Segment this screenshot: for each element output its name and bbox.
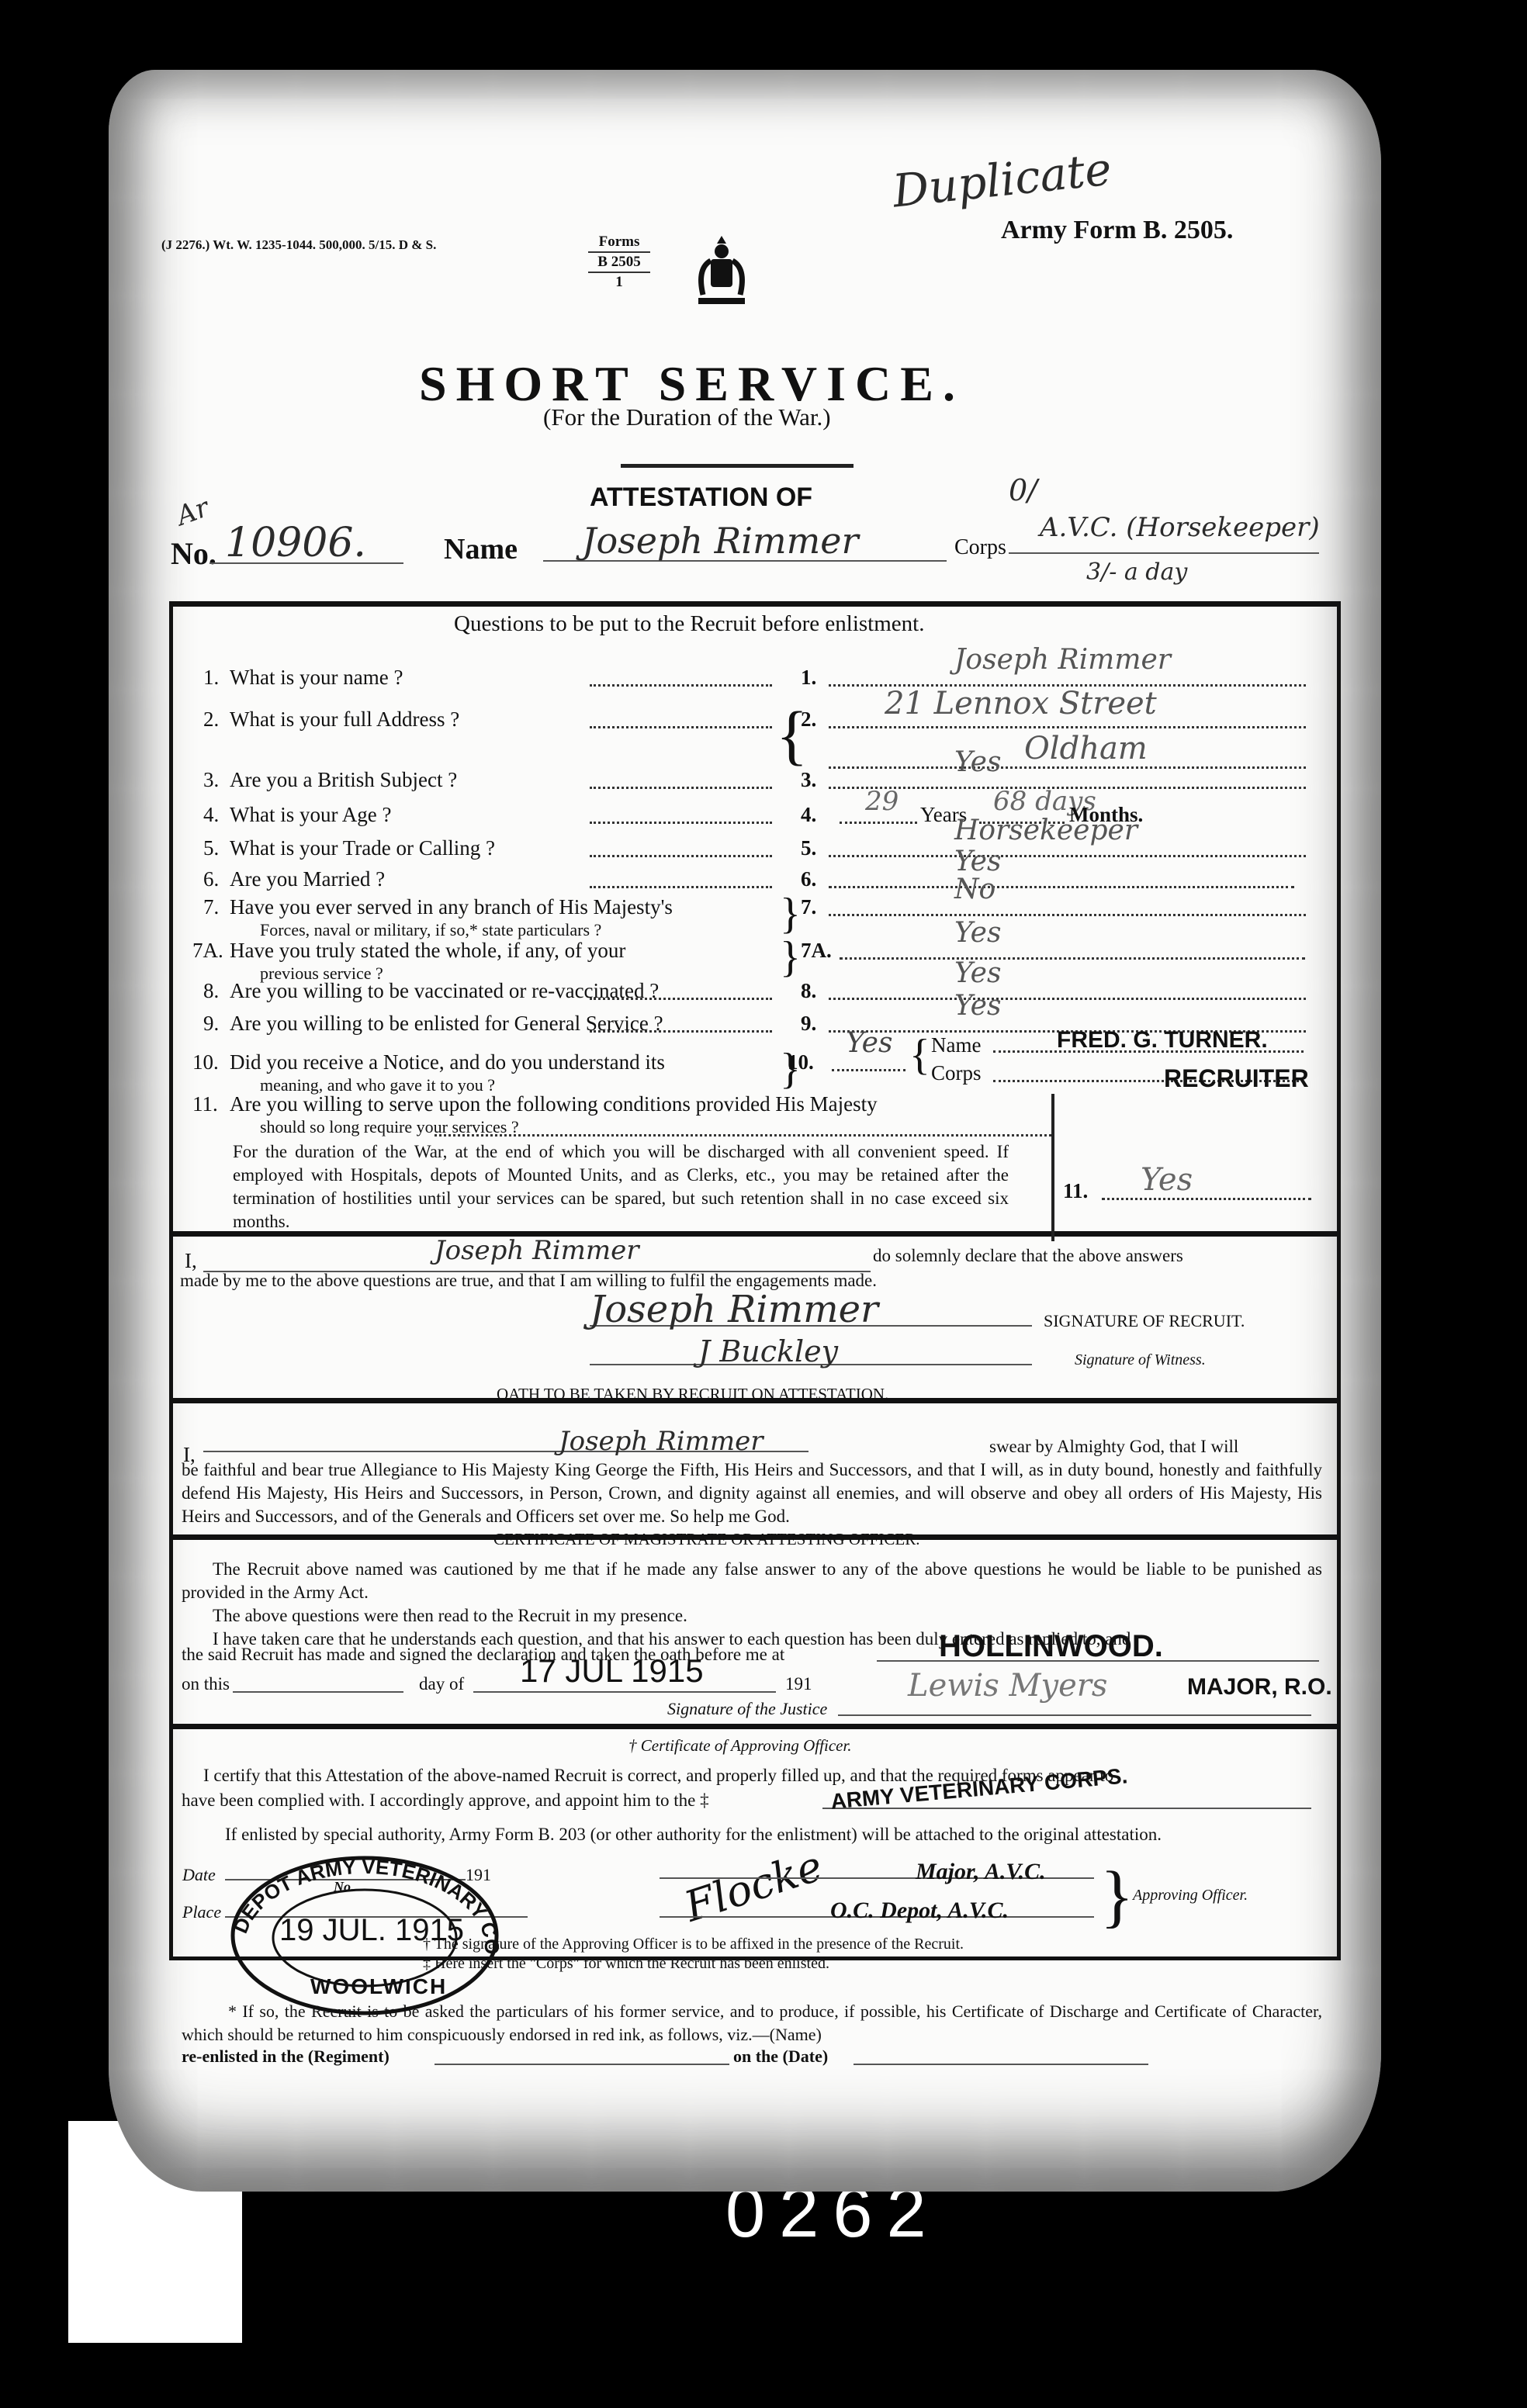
section-divider [173, 1724, 1337, 1729]
officer-rank: Major, A.V.C. [916, 1859, 1046, 1885]
corps-note-top: 0/ [1009, 473, 1037, 507]
print-reference: (J 2276.) Wt. W. 1235-1044. 500,000. 5/1… [161, 237, 436, 253]
justice-signature-line[interactable] [838, 1714, 1311, 1716]
forms-number: B 2505 [588, 253, 650, 273]
answer-number: 8. [801, 979, 816, 1003]
number-label: No. [171, 535, 216, 572]
question-text: Are you willing to serve upon the follow… [230, 1092, 878, 1116]
question-number: 4. [203, 803, 219, 827]
regiment-field[interactable] [435, 2064, 729, 2065]
oath-text-a: swear by Almighty God, that I will [989, 1437, 1238, 1457]
question-number: 3. [203, 768, 219, 792]
date-label: Date [182, 1865, 216, 1885]
attestation-date: 17 JUL 1915 [520, 1652, 704, 1690]
question-bracket: } [780, 892, 801, 936]
notice-name-label: Name [931, 1033, 981, 1057]
justice-signature: Lewis Myers [908, 1668, 1107, 1704]
question-leader-dots [590, 822, 772, 824]
question-text: Are you Married ? [230, 867, 385, 891]
question-text: Are you a British Subject ? [230, 768, 457, 792]
royal-coat-of-arms-icon [691, 233, 753, 310]
approving-bracket: } [1100, 1862, 1134, 1932]
answer-field[interactable] [829, 766, 1306, 769]
question-text: What is your full Address ? [230, 708, 459, 732]
corps-label: Corps [954, 535, 1006, 560]
question-number: 5. [203, 836, 219, 860]
oath-paragraph: be faithful and bear true Allegiance to … [182, 1458, 1322, 1528]
question-text: What is your name ? [230, 666, 403, 690]
question-subtext: Forces, naval or military, if so,* state… [260, 920, 601, 940]
stamp-number-label: No. [334, 1879, 355, 1895]
answer-bracket: { [909, 1033, 930, 1077]
approving-p3: If enlisted by special authority, Army F… [225, 1825, 1162, 1845]
oath-heading: OATH TO BE TAKEN BY RECRUIT ON ATTESTATI… [497, 1385, 888, 1404]
answer-number: 4. [801, 803, 816, 827]
question-number: 7A. [192, 939, 223, 963]
question-bracket: } [780, 936, 801, 979]
answer-value-line-2: Oldham [1024, 731, 1148, 766]
question-leader-dots [435, 1134, 1051, 1137]
answer-number: 7A. [801, 939, 832, 963]
questions-heading: Questions to be put to the Recruit befor… [454, 611, 924, 637]
justice-rank: MAJOR, R.O. [1187, 1674, 1332, 1700]
on-this-label: on this [182, 1674, 230, 1694]
conditions-text: For the duration of the War, at the end … [233, 1140, 1009, 1233]
answer-field[interactable] [829, 886, 1294, 888]
answer-field[interactable] [832, 1069, 905, 1071]
address-bracket: { [776, 701, 808, 768]
declaration-name: Joseph Rimmer [435, 1235, 639, 1266]
declaration-text-a: do solemnly declare that the above answe… [873, 1246, 1183, 1266]
question-number: 11. [192, 1092, 218, 1116]
question-number: 6. [203, 867, 219, 891]
answer-number: 1. [801, 666, 816, 690]
oath-body: be faithful and bear true Allegiance to … [182, 1458, 1322, 1528]
approving-p2: have been complied with. I accordingly a… [182, 1790, 709, 1811]
corps-field[interactable] [1009, 552, 1319, 554]
answer-field[interactable] [829, 726, 1306, 728]
stamp-bottom: WOOLWICH [310, 1974, 447, 1999]
question-text: What is your Trade or Calling ? [230, 836, 495, 860]
question-text: Have you truly stated the whole, if any,… [230, 939, 625, 963]
justice-label: Signature of the Justice [667, 1699, 827, 1719]
answer-value: 21 Lennox Street [885, 686, 1157, 721]
army-form-number: Army Form B. 2505. [1001, 216, 1233, 245]
regimental-number: 10906. [225, 520, 366, 566]
recruit-signature: Joseph Rimmer [590, 1288, 878, 1331]
witness-signature-label: Signature of Witness. [1075, 1351, 1206, 1369]
corps-value: A.V.C. (Horsekeeper) [1040, 512, 1320, 543]
witness-signature: J Buckley [698, 1334, 838, 1368]
answer-number: 7. [801, 895, 816, 919]
notice-corps-label: Corps [931, 1061, 982, 1085]
attestation-place: HOLLINWOOD. [939, 1629, 1163, 1664]
answer-number: 9. [801, 1012, 816, 1036]
question-leader-dots [590, 886, 772, 888]
question-11-bracket [1051, 1094, 1054, 1241]
answer-value: Joseph Rimmer [954, 644, 1171, 676]
answer-field[interactable] [829, 998, 1306, 1000]
conditions-paragraph: For the duration of the War, at the end … [233, 1140, 1009, 1233]
place-label: Place [182, 1902, 221, 1922]
answer-years: 29 [865, 786, 899, 817]
question-leader-dots [590, 684, 772, 687]
magistrate-heading: CERTIFICATE OF MAGISTRATE OR ATTESTING O… [493, 1530, 919, 1549]
question-text: Have you ever served in any branch of Hi… [230, 895, 673, 919]
answer-value: Yes [1141, 1162, 1193, 1198]
answer-value: Yes [954, 846, 1001, 877]
magistrate-p2: The above questions were then read to th… [182, 1604, 1322, 1628]
answer-number: 11. [1063, 1179, 1088, 1203]
forms-label: Forms [588, 233, 650, 253]
question-number: 9. [203, 1012, 219, 1036]
corps-note-bottom: 3/- a day [1086, 559, 1187, 586]
month-field[interactable] [473, 1691, 776, 1693]
answer-field[interactable] [840, 957, 1305, 960]
answer-number: 5. [801, 836, 816, 860]
stamp-date: 19 JUL. 1915 [279, 1913, 464, 1948]
recruit-name: Joseph Rimmer [582, 520, 858, 562]
notice-name-stamp: FRED. G. TURNER. [1057, 1027, 1268, 1053]
question-leader-dots [590, 787, 772, 789]
question-leader-dots [590, 726, 772, 728]
question-leader-dots [590, 1030, 772, 1033]
answer-number: 10. [788, 1050, 814, 1074]
day-of-label: day of [419, 1674, 464, 1694]
footnote-block: * If so, the Recruit is to be asked the … [182, 2000, 1322, 2046]
footnote-line-2b: on the (Date) [733, 2046, 828, 2067]
attestation-heading: ATTESTATION OF [590, 483, 812, 513]
approving-officer-label: Approving Officer. [1133, 1887, 1248, 1905]
answer-value: Yes [954, 746, 1001, 778]
question-number: 10. [192, 1050, 219, 1074]
officer-post: O.C. Depot, A.V.C. [830, 1898, 1009, 1924]
forms-sub: 1 [588, 273, 650, 292]
question-text: Did you receive a Notice, and do you und… [230, 1050, 665, 1074]
date-field[interactable] [854, 2064, 1148, 2065]
answer-value: Yes [954, 957, 1001, 989]
question-number: 7. [203, 895, 219, 919]
answer-value: Yes [846, 1027, 892, 1059]
magistrate-p1: The Recruit above named was cautioned by… [182, 1558, 1322, 1604]
question-leader-dots [590, 855, 772, 857]
day-field[interactable] [233, 1691, 403, 1693]
answer-number: 6. [801, 867, 816, 891]
question-number: 1. [203, 666, 219, 690]
question-number: 8. [203, 979, 219, 1003]
year-prefix: 191 [785, 1674, 812, 1694]
footnote-line-2a: re-enlisted in the (Regiment) [182, 2046, 390, 2067]
answer-number: 3. [801, 768, 816, 792]
question-leader-dots [590, 998, 772, 1000]
answer-field[interactable] [829, 855, 1306, 857]
forms-fraction: Forms B 2505 1 [588, 233, 650, 292]
declaration-prefix: I, [185, 1249, 197, 1273]
recruit-signature-label: SIGNATURE OF RECRUIT. [1044, 1311, 1245, 1331]
answer-field[interactable] [1102, 1198, 1311, 1200]
answer-field[interactable] [840, 822, 917, 824]
oath-name: Joseph Rimmer [559, 1426, 763, 1457]
answer-value: No [954, 874, 995, 905]
document-subtitle: (For the Duration of the War.) [543, 403, 831, 431]
answer-value: Horsekeeper [954, 815, 1137, 846]
title-rule [621, 464, 854, 468]
footnote-line-1: * If so, the Recruit is to be asked the … [182, 2000, 1322, 2046]
answer-field[interactable] [829, 914, 1306, 916]
notice-corps-stamp: RECRUITER [1164, 1064, 1309, 1093]
answer-value: Yes [954, 990, 1001, 1022]
question-number: 2. [203, 708, 219, 732]
name-label: Name [444, 532, 518, 566]
answer-value: Yes [954, 917, 1001, 949]
question-text: What is your Age ? [230, 803, 391, 827]
approving-heading: † Certificate of Approving Officer. [628, 1736, 852, 1756]
